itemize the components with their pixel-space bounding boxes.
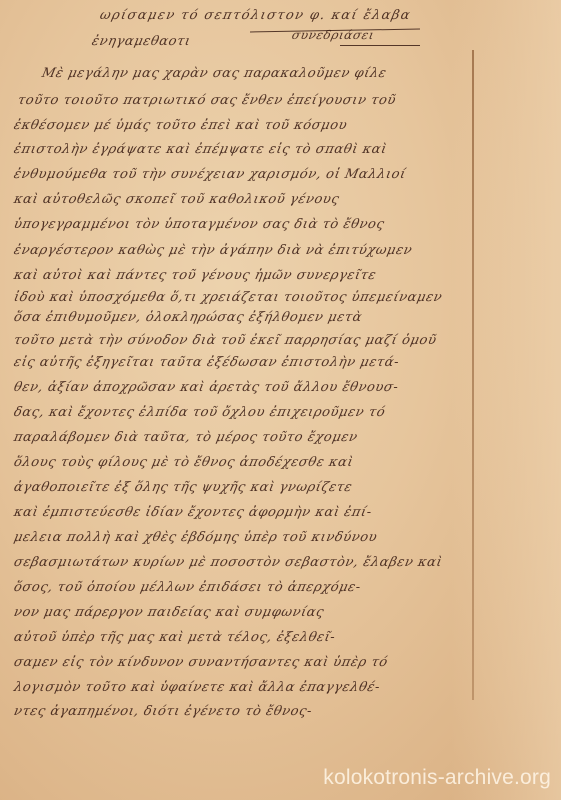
body-line: ἐνθυμούμεθα τοῦ τὴν συνέχειαν χαρισμόν, …	[12, 167, 407, 182]
body-line: αὐτοῦ ὑπὲρ τῆς μας καὶ μετὰ τέλος, ἐξελθ…	[12, 630, 336, 645]
body-line: τοῦτο μετὰ τὴν σύνοδον διὰ τοῦ ἐκεῖ παρρ…	[12, 333, 438, 348]
body-line: νον μας πάρεργον παιδείας καὶ συμφωνίας	[12, 605, 325, 620]
body-line: ἀγαθοποιεῖτε ἐξ ὅλης τῆς ψυχῆς καὶ γνωρί…	[12, 480, 353, 495]
body-line: ντες ἀγαπημένοι, διότι ἐγένετο τὸ ἔθνος-	[12, 704, 313, 719]
margin-rule-line	[472, 50, 474, 700]
manuscript-page: ωρίσαμεν τό σεπτόλιστον φ. καί ἔλαβα συν…	[0, 0, 561, 800]
body-line: ἐναργέστερον καθὼς μὲ τὴν ἀγάπην διὰ νὰ …	[12, 243, 413, 258]
body-line: ἐπιστολὴν ἐγράψατε καὶ ἐπέμψατε εἰς τὸ σ…	[12, 142, 388, 157]
body-line: δας, καὶ ἔχοντες ἐλπίδα τοῦ ὄχλου ἐπιχει…	[12, 405, 386, 420]
body-line: λογισμὸν τοῦτο καὶ ὑφαίνετε καὶ ἄλλα ἐπα…	[12, 680, 381, 695]
header-line-3: ἐνηγαμεθαοτι	[90, 34, 192, 49]
header-line-1: ωρίσαμεν τό σεπτόλιστον φ. καί ἔλαβα	[98, 8, 412, 23]
body-line: μελεια πολλὴ καὶ χθὲς ἐβδόμης ὑπὲρ τοῦ κ…	[12, 530, 378, 545]
body-line: καὶ αὐτοθελῶς σκοπεῖ τοῦ καθολικοῦ γένου…	[12, 192, 340, 207]
body-line: ὅσα ἐπιθυμοῦμεν, ὁλοκληρώσας ἐξήλθομεν μ…	[12, 310, 363, 325]
body-line: εἰς αὐτῆς ἐξηγεῖται ταῦτα ἐξέδωσαν ἐπιστ…	[12, 355, 400, 370]
body-line: θεν, ἀξίαν ἀποχρῶσαν καὶ ἀρετὰς τοῦ ἄλλο…	[12, 380, 400, 395]
body-line: καὶ ἐμπιστεύεσθε ἰδίαν ἔχοντες ἀφορμὴν κ…	[12, 505, 373, 520]
body-line: ὅσος, τοῦ ὁποίου μέλλων ἐπιδάσει τὸ ἀπερ…	[12, 580, 362, 595]
body-line: τοῦτο τοιοῦτο πατριωτικό σας ἔνθεν ἐπείγ…	[16, 93, 397, 108]
watermark-text: kolokotronis-archive.org	[323, 766, 551, 790]
header-underline-2	[340, 45, 420, 46]
body-line: παραλάβομεν διὰ ταῦτα, τὸ μέρος τοῦτο ἔχ…	[12, 430, 359, 445]
paper-edge-shading	[451, 0, 561, 800]
body-line: καὶ αὐτοὶ καὶ πάντες τοῦ γένους ἡμῶν συν…	[12, 268, 377, 283]
body-line: ὑπογεγραμμένοι τὸν ὑποταγμένον σας διὰ τ…	[12, 217, 386, 232]
body-line: Μὲ μεγάλην μας χαρὰν σας παρακαλοῦμεν φί…	[40, 66, 388, 81]
body-line: σαμεν εἰς τὸν κίνδυνον συναντήσαντες καὶ…	[12, 655, 389, 670]
body-line: ἰδοὺ καὶ ὑποσχόμεθα ὅ,τι χρειάζεται τοιο…	[12, 290, 443, 305]
body-line: σεβασμιωτάτων κυρίων μὲ ποσοστὸν σεβαστὸ…	[12, 555, 443, 570]
body-line: ὅλους τοὺς φίλους μὲ τὸ ἔθνος ἀποδέχεσθε…	[12, 455, 354, 470]
body-line: ἐκθέσομεν μέ ὑμάς τοῦτο ἐπεὶ καὶ τοῦ κόσ…	[12, 118, 348, 133]
